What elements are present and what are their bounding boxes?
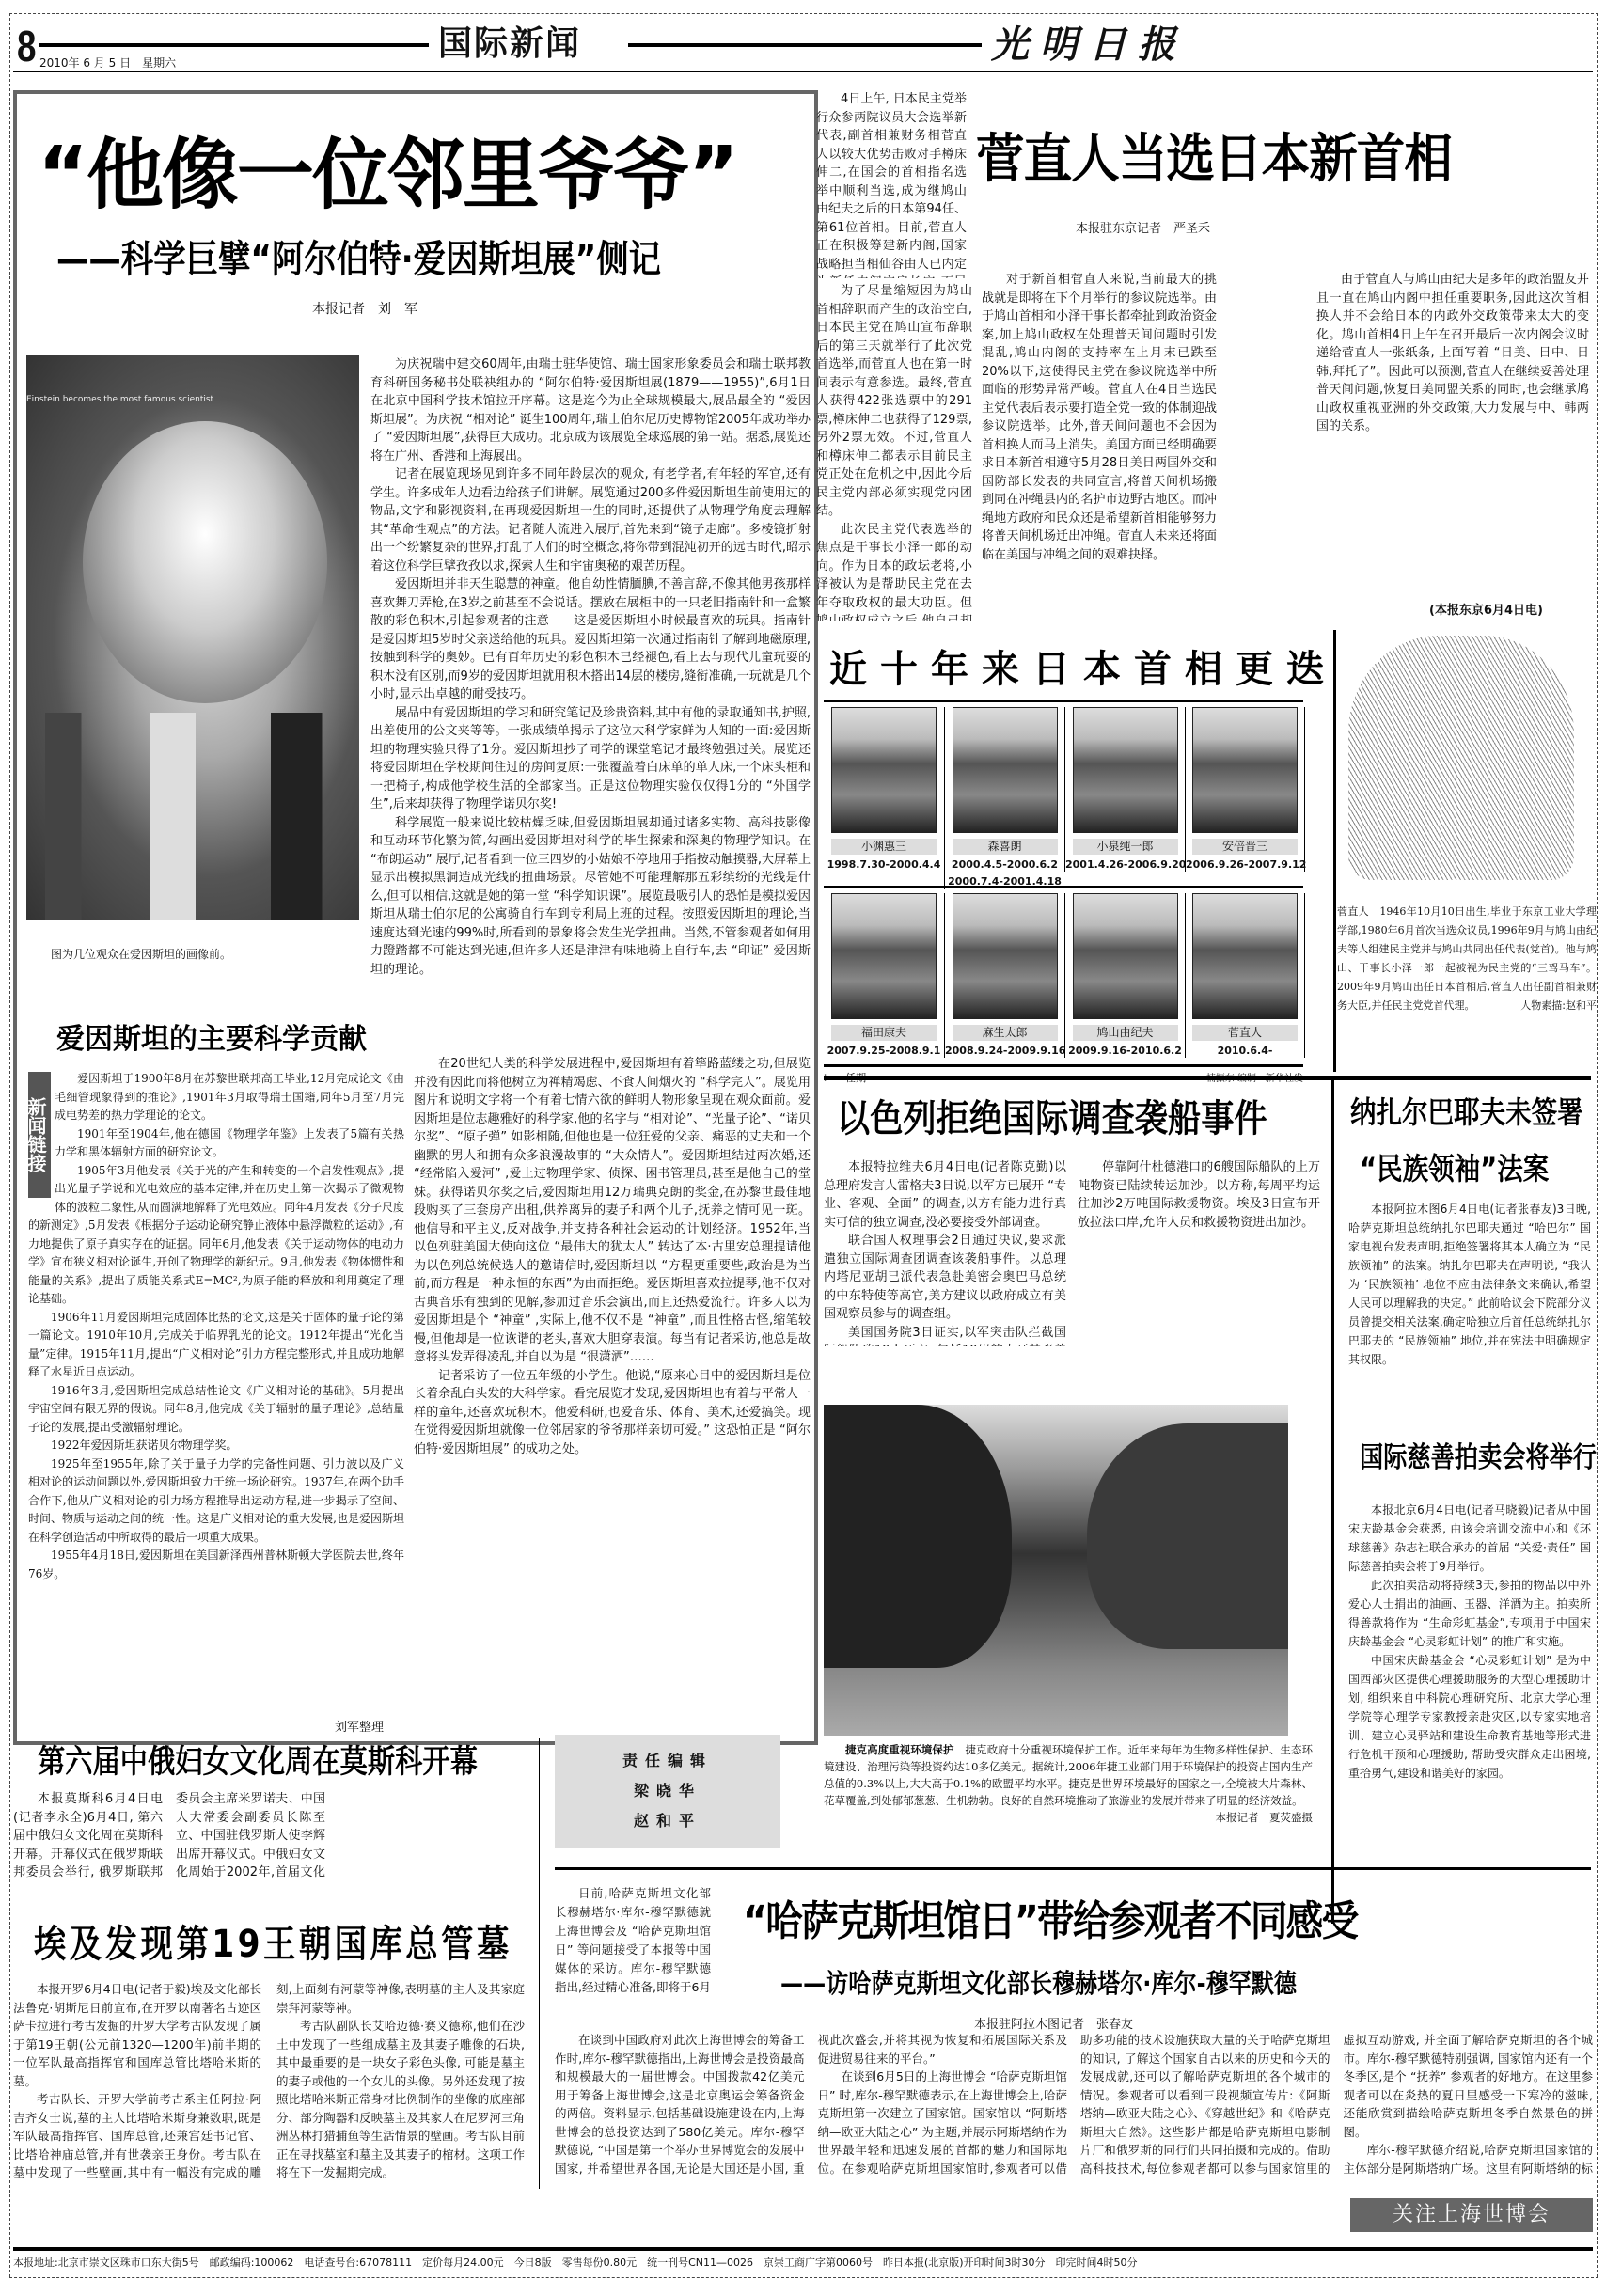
pm-term: 2000.4.5-2000.6.2 bbox=[945, 857, 1064, 872]
kazakh-top-rule bbox=[555, 1867, 1591, 1870]
einstein-exhibit-photo: Einstein becomes the most famous scienti… bbox=[26, 355, 359, 920]
czech-caption-title: 捷克高度重视环境保护 bbox=[845, 1743, 954, 1756]
contribution-paragraph: 1906年11月爱因斯坦完成固体比热的论文,这是关于固体的量子论的第一篇论文。1… bbox=[28, 1309, 404, 1382]
pm-term: 2010.6.4- bbox=[1186, 1044, 1304, 1058]
kan-paragraph: 对于新首相菅直人来说,当前最大的挑战就是即将在下个月举行的参议院选举。由于鸠山首… bbox=[982, 271, 1217, 564]
visitors bbox=[45, 713, 346, 920]
czech-credit: 本报记者 夏荧盛摄 bbox=[1194, 1809, 1314, 1826]
contribution-paragraph: 爱因斯坦于1900年8月在苏黎世联邦高工毕业,12月完成论文《由毛细管现象得到的… bbox=[28, 1070, 404, 1125]
contribution-paragraph: 1905年3月他发表《关于光的产生和转变的一个启发性观点》,提出光量子学说和光电… bbox=[28, 1162, 404, 1309]
editors-divider bbox=[539, 1738, 540, 2189]
pm-photo bbox=[1073, 707, 1178, 833]
tag-spacer bbox=[28, 1070, 55, 1203]
pm-photo bbox=[831, 893, 937, 1019]
page-top-border bbox=[9, 13, 1598, 14]
einstein-portrait bbox=[83, 421, 327, 703]
tree-right bbox=[1087, 1423, 1288, 1649]
pm-chart: 近十年来日本首相更迭 小渊惠三 1998.7.30-2000.4.4 森喜朗 2… bbox=[824, 639, 1313, 1053]
kan-profile-text: 菅直人 1946年10月10日出生,毕业于东京工业大学理学部,1980年6月首次… bbox=[1337, 905, 1597, 1012]
israel-col1: 本报特拉维夫6月4日电(记者陈克勤)以总理府发言人雷格夫3日说,以军方已展开 “… bbox=[824, 1158, 1066, 1346]
contribution-paragraph: 1922年爱因斯坦获诺贝尔物理学奖。 bbox=[28, 1437, 404, 1455]
einstein-article-col2: 在20世纪人类的科学发展进程中,爱因斯坦有着筚路蓝缕之功,但展览并没有因此而将他… bbox=[414, 1055, 811, 1732]
pm-term: 2006.9.26-2007.9.12 bbox=[1186, 857, 1304, 872]
pm-card: 小渊惠三 1998.7.30-2000.4.4 bbox=[824, 707, 944, 872]
israel-headline: 以色列拒绝国际调查袭船事件 bbox=[837, 1091, 1267, 1147]
einstein-paragraph: 科学展览一般来说比较枯燥乏味,但爱因斯坦展却通过诸多实物、高科技影像和互动环节化… bbox=[370, 814, 811, 980]
pm-chart-title: 近十年来日本首相更迭 bbox=[829, 645, 1337, 694]
pm-name: 鸠山由纪夫 bbox=[1073, 1025, 1178, 1041]
kan-lead: 4日上午, 日本民主党举行众参两院议员大会选举新代表,副首相兼财务相菅直人以较大… bbox=[816, 90, 967, 278]
section-rule-israel bbox=[824, 1076, 1591, 1080]
nazarbayev-headline-1: 纳扎尔巴耶夫未签署 bbox=[1350, 1091, 1583, 1134]
kan-sketch-portrait bbox=[1348, 636, 1574, 880]
kan-paragraph: 为了尽量缩短因为鸠山首相辞职而产生的政治空白,日本民主党在鸠山宣布辞职后的第三天… bbox=[816, 282, 972, 521]
right-column-rule bbox=[1331, 1077, 1334, 1924]
pm-card: 麻生太郎 2008.9.24-2009.9.16 bbox=[944, 893, 1064, 1058]
pm-name: 小渊惠三 bbox=[831, 839, 937, 855]
women-week-headline: 第六届中俄妇女文化周在莫斯科开幕 bbox=[38, 1738, 478, 1786]
einstein-paragraph: 记者采访了一位五年级的小学生。他说,“原来心目中的爱因斯坦是位长着余乱白头发的大… bbox=[414, 1367, 811, 1459]
masthead-date: 2010年 6 月 5 日 星期六 bbox=[39, 55, 176, 71]
nazarbayev-headline-2: “民族领袖”法案 bbox=[1360, 1147, 1549, 1190]
einstein-headline: “他像一位邻里爷爷” bbox=[38, 130, 737, 222]
women-week-body: 本报莫斯科6月4日电(记者李永全)6月4日, 第六届中俄妇女文化周在莫斯科开幕。… bbox=[13, 1790, 325, 1897]
charity-text: 本报北京6月4日电(记者马晓毅)记者从中国宋庆龄基金会获悉, 由该会培训交流中心… bbox=[1348, 1501, 1591, 1839]
contributions-text: 爱因斯坦于1900年8月在苏黎世联邦高工毕业,12月完成论文《由毛细管现象得到的… bbox=[28, 1070, 404, 1739]
einstein-article-col1: 为庆祝瑞中建交60周年,由瑞士驻华使馆、瑞士国家形象委员会和瑞士联邦教育科研国务… bbox=[370, 355, 811, 1051]
charity-headline: 国际慈善拍卖会将举行 bbox=[1360, 1437, 1597, 1480]
einstein-paragraph: 记者在展览现场见到许多不同年龄层次的观众, 有老学者,有年轻的军官,还有学生。许… bbox=[370, 465, 811, 575]
newspaper-logo: 光明日报 bbox=[991, 21, 1187, 70]
pm-photo bbox=[1192, 893, 1298, 1019]
nazarbayev-paragraph: 本报阿拉木图6月4日电(记者张春友)3日晚,哈萨克斯坦总统纳扎尔巴耶夫通过 “哈… bbox=[1348, 1200, 1591, 1369]
pm-chart-title-rule bbox=[824, 700, 1303, 702]
einstein-byline: 本报记者 刘 军 bbox=[312, 299, 417, 318]
einstein-photo-caption: 图为几位观众在爱因斯坦的画像前。 bbox=[51, 946, 231, 963]
einstein-paragraph: 展品中有爱因斯坦的学习和研究笔记及珍贵资料,其中有他的录取通知书,护照,出差使用… bbox=[370, 704, 811, 814]
pm-card: 安倍晋三 2006.9.26-2007.9.12 bbox=[1185, 707, 1305, 872]
nazarbayev-text: 本报阿拉木图6月4日电(记者张春友)3日晚,哈萨克斯坦总统纳扎尔巴耶夫通过 “哈… bbox=[1348, 1200, 1591, 1369]
contributions-title: 爱因斯坦的主要科学贡献 bbox=[56, 1021, 367, 1059]
pm-card: 鸠山由纪夫 2009.9.16-2010.6.2 bbox=[1064, 893, 1185, 1058]
kazakh-paragraph: 日前,哈萨克斯坦文化部长穆赫塔尔·库尔-穆罕默德就上海世博会及 “哈萨克斯坦馆日… bbox=[555, 1884, 711, 1997]
pm-card: 菅直人 2010.6.4- bbox=[1185, 893, 1305, 1058]
footer-info: 本报地址:北京市崇文区珠市口东大街5号 邮政编码:100062 电话查号台:67… bbox=[13, 2255, 1138, 2270]
kan-body-col1: 为了尽量缩短因为鸠山首相辞职而产生的政治空白,日本民主党在鸠山宣布辞职后的第三天… bbox=[816, 282, 972, 621]
einstein-paragraph: 爱因斯坦并非天生聪慧的神童。他自幼性情腼腆,不善言辞,不像其他男孩那样喜欢舞刀弄… bbox=[370, 575, 811, 704]
page-right-border bbox=[1597, 13, 1598, 2277]
charity-paragraph: 此次拍卖活动将持续3天,参拍的物品以中外爱心人士捐出的油画、玉器、洋酒为主。拍卖… bbox=[1348, 1576, 1591, 1651]
pm-card: 福田康夫 2007.9.25-2008.9.1 bbox=[824, 893, 944, 1058]
israel-paragraph: 本报特拉维夫6月4日电(记者陈克勤)以总理府发言人雷格夫3日说,以军方已展开 “… bbox=[824, 1158, 1066, 1232]
kan-headline: 菅直人当选日本新首相 bbox=[976, 122, 1452, 197]
page-bottom-border bbox=[9, 2277, 1598, 2278]
contribution-paragraph: 1925年至1955年,除了关于量子力学的完备性问题、引力波以及广义相对论的运动… bbox=[28, 1455, 404, 1548]
einstein-subhead: ——科学巨擘“阿尔伯特·爱因斯坦展”侧记 bbox=[56, 235, 661, 284]
contribution-paragraph: 1916年3月,爱因斯坦完成总结性论文《广义相对论的基础》。5月提出宇宙空间有限… bbox=[28, 1382, 404, 1438]
charity-paragraph: 中国宋庆龄基金会 “心灵彩虹计划” 是为中国西部灾区提供心理援助服务的大型心理援… bbox=[1348, 1651, 1591, 1783]
egypt-paragraph: 考古队副队长艾哈迈德·赛义德称,他们在沙土中发现了一些组成墓主及其妻子雕像的石块… bbox=[276, 2017, 525, 2182]
israel-paragraph: 停靠阿什杜德港口的6艘国际船队的上万吨物资已陆续转运加沙。以方称,每周平均运往加… bbox=[1078, 1158, 1320, 1232]
kan-body-col3: 由于菅直人与鸠山由纪夫是多年的政治盟友并且一直在鸠山内阁中担任重要职务,因此这次… bbox=[1316, 271, 1589, 590]
contribution-paragraph: 1955年4月18日,爱因斯坦在美国新泽西州普林斯顿大学医院去世,终年76岁。 bbox=[28, 1547, 404, 1583]
pm-name: 麻生太郎 bbox=[953, 1025, 1058, 1041]
masthead-rule-right bbox=[628, 43, 982, 47]
pm-photo bbox=[953, 707, 1058, 833]
women-week-paragraph: 本报莫斯科6月4日电(记者李永全)6月4日, 第六届中俄妇女文化周在莫斯科开幕。… bbox=[13, 1790, 325, 1897]
pm-photo bbox=[1073, 893, 1178, 1019]
pm-term: 2007.9.25-2008.9.1 bbox=[824, 1044, 944, 1058]
pm-photo bbox=[1192, 707, 1298, 833]
sketch-credit: 人物素描:赵和平 bbox=[1520, 997, 1597, 1015]
charity-paragraph: 本报北京6月4日电(记者马晓毅)记者从中国宋庆龄基金会获悉, 由该会培训交流中心… bbox=[1348, 1501, 1591, 1576]
pm-term: 2000.7.4-2001.4.18 bbox=[945, 874, 1064, 889]
kazakh-body: 在谈到中国政府对此次上海世博会的筹备工作时,库尔-穆罕默德指出,上海世博会是投资… bbox=[555, 2031, 1593, 2191]
israel-paragraph: 联合国人权理事会2日通过决议,要求派遣独立国际调查团调查该袭船事件。以总理内塔尼… bbox=[824, 1232, 1066, 1324]
egypt-paragraph: 本报开罗6月4日电(记者于毅)埃及文化部长法鲁克·胡斯尼日前宣布,在开罗以南著名… bbox=[13, 1980, 261, 2090]
kazakh-headline: “哈萨克斯坦馆日”带给参观者不同感受 bbox=[743, 1894, 1357, 1950]
kan-body-col2: 对于新首相菅直人来说,当前最大的挑战就是即将在下个月举行的参议院选举。由于鸠山首… bbox=[982, 271, 1217, 621]
masthead-rule-left bbox=[39, 43, 429, 47]
kan-byline: 本报驻东京记者 严圣禾 bbox=[1076, 218, 1210, 236]
editors-box: 责任编辑 梁晓华 赵和平 bbox=[555, 1735, 780, 1848]
pm-name: 小泉纯一郎 bbox=[1073, 839, 1178, 855]
kazakh-intro: 日前,哈萨克斯坦文化部长穆赫塔尔·库尔-穆罕默德就上海世博会及 “哈萨克斯坦馆日… bbox=[555, 1884, 711, 1997]
pm-card: 森喜朗 2000.4.5-2000.6.2 2000.7.4-2001.4.18 bbox=[944, 707, 1064, 889]
kan-paragraph: 此次民主党代表选举的焦点是干事长小泽一郎的动向。作为日本的政坛老将,小泽被认为是… bbox=[816, 521, 972, 621]
israel-col2: 停靠阿什杜德港口的6艘国际船队的上万吨物资已陆续转运加沙。以方称,每周平均运往加… bbox=[1078, 1158, 1320, 1346]
masthead: 8 2010年 6 月 5 日 星期六 国际新闻 光明日报 bbox=[13, 21, 1593, 71]
pm-photo bbox=[953, 893, 1058, 1019]
contributions-credit: 刘军整理 bbox=[335, 1717, 384, 1735]
kan-profile: 菅直人 1946年10月10日出生,毕业于东京工业大学理学部,1980年6月首次… bbox=[1337, 903, 1597, 1015]
contribution-paragraph: 1901年至1904年,他在德国《物理学年鉴》上发表了5篇有关热力学和黑体辐射方… bbox=[28, 1125, 404, 1162]
photo-overlay-text: Einstein becomes the most famous scienti… bbox=[26, 395, 213, 404]
page-left-border bbox=[9, 13, 10, 2277]
einstein-paragraph: 为庆祝瑞中建交60周年,由瑞士驻华使馆、瑞士国家形象委员会和瑞士联邦教育科研国务… bbox=[370, 355, 811, 465]
pm-card: 小泉纯一郎 2001.4.26-2006.9.20 bbox=[1064, 707, 1185, 872]
pm-name: 安倍晋三 bbox=[1192, 839, 1298, 855]
pm-term: 2008.9.24-2009.9.16 bbox=[945, 1044, 1064, 1058]
editor-name: 赵和平 bbox=[555, 1806, 780, 1836]
pm-name: 森喜朗 bbox=[953, 839, 1058, 855]
pm-photo bbox=[831, 707, 937, 833]
czech-caption: 捷克高度重视环境保护捷克政府十分重视环境保护工作。近年来每年为生物多样性保护、生… bbox=[824, 1741, 1313, 1826]
kan-dateline: (本报东京6月4日电) bbox=[1429, 600, 1543, 618]
kan-paragraph: 由于菅直人与鸠山由纪夫是多年的政治盟友并且一直在鸠山内阁中担任重要职务,因此这次… bbox=[1316, 271, 1589, 436]
kan-profile-left-rule bbox=[1333, 630, 1336, 1072]
editors-title: 责任编辑 bbox=[555, 1746, 780, 1776]
einstein-paragraph: 在20世纪人类的科学发展进程中,爱因斯坦有着筚路蓝缕之功,但展览并没有因此而将他… bbox=[414, 1055, 811, 1367]
czech-park-photo bbox=[824, 1405, 1288, 1736]
section-title: 国际新闻 bbox=[438, 23, 581, 66]
page-number: 8 bbox=[17, 23, 36, 70]
pm-name: 福田康夫 bbox=[831, 1025, 937, 1041]
egypt-body: 本报开罗6月4日电(记者于毅)埃及文化部长法鲁克·胡斯尼日前宣布,在开罗以南著名… bbox=[13, 1980, 525, 2194]
pm-term: 2009.9.16-2010.6.2 bbox=[1065, 1044, 1185, 1058]
kazakh-subhead: ——访哈萨克斯坦文化部长穆赫塔尔·库尔-穆罕默德 bbox=[780, 1965, 1297, 2003]
editor-name: 梁晓华 bbox=[555, 1776, 780, 1806]
egypt-headline: 埃及发现第19王朝国库总管墓 bbox=[34, 1918, 512, 1971]
expo-banner[interactable]: 关注上海世博会 bbox=[1350, 2198, 1593, 2232]
tree-left bbox=[824, 1405, 1012, 1668]
kazakh-byline: 本报驻阿拉木图记者 张春友 bbox=[974, 2014, 1133, 2032]
masthead-bottom-rule bbox=[13, 71, 1593, 72]
footer-rule bbox=[13, 2247, 1593, 2251]
pm-term: 1998.7.30-2000.4.4 bbox=[824, 857, 944, 872]
pm-name: 菅直人 bbox=[1192, 1025, 1298, 1041]
pm-term: 2001.4.26-2006.9.20 bbox=[1065, 857, 1185, 872]
israel-paragraph: 美国国务院3日证实,以军突击队拦截国际船队致19人死亡, 包括19岁的土耳其裔美… bbox=[824, 1324, 1066, 1347]
pm-chart-bottom-rule bbox=[824, 1064, 1303, 1067]
